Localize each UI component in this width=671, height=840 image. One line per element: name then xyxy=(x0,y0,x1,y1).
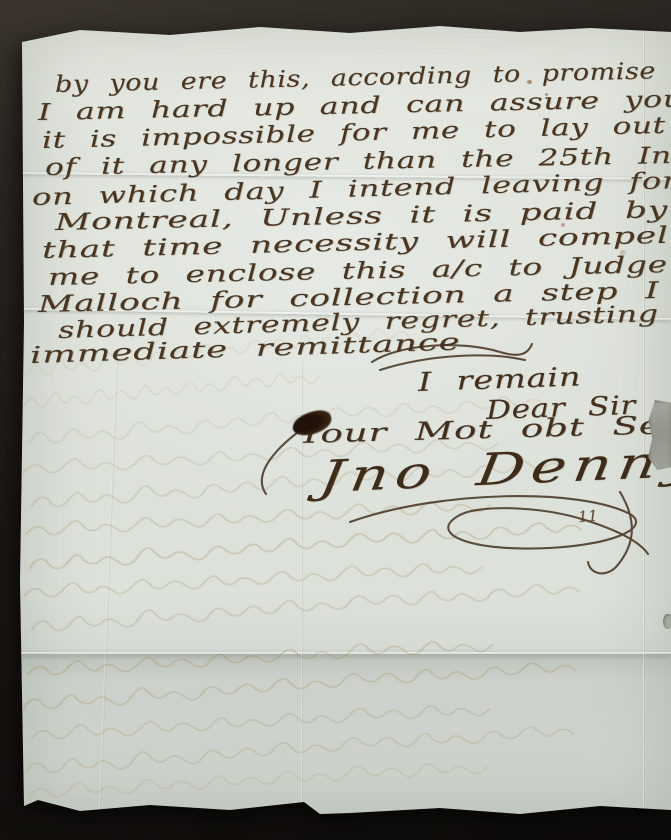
stain-speck xyxy=(632,106,635,109)
stain-speck xyxy=(545,93,548,96)
stain-speck xyxy=(620,250,626,255)
stain-speck xyxy=(527,80,532,84)
ink-flourishes xyxy=(20,22,671,814)
paper-nick-right-edge xyxy=(663,614,671,629)
stain-speck xyxy=(561,223,565,227)
photo-backdrop: by you ere this, according to promise I … xyxy=(0,0,671,840)
letter-paper-wrap: by you ere this, according to promise I … xyxy=(20,22,671,814)
letter-paper: by you ere this, according to promise I … xyxy=(20,22,671,814)
